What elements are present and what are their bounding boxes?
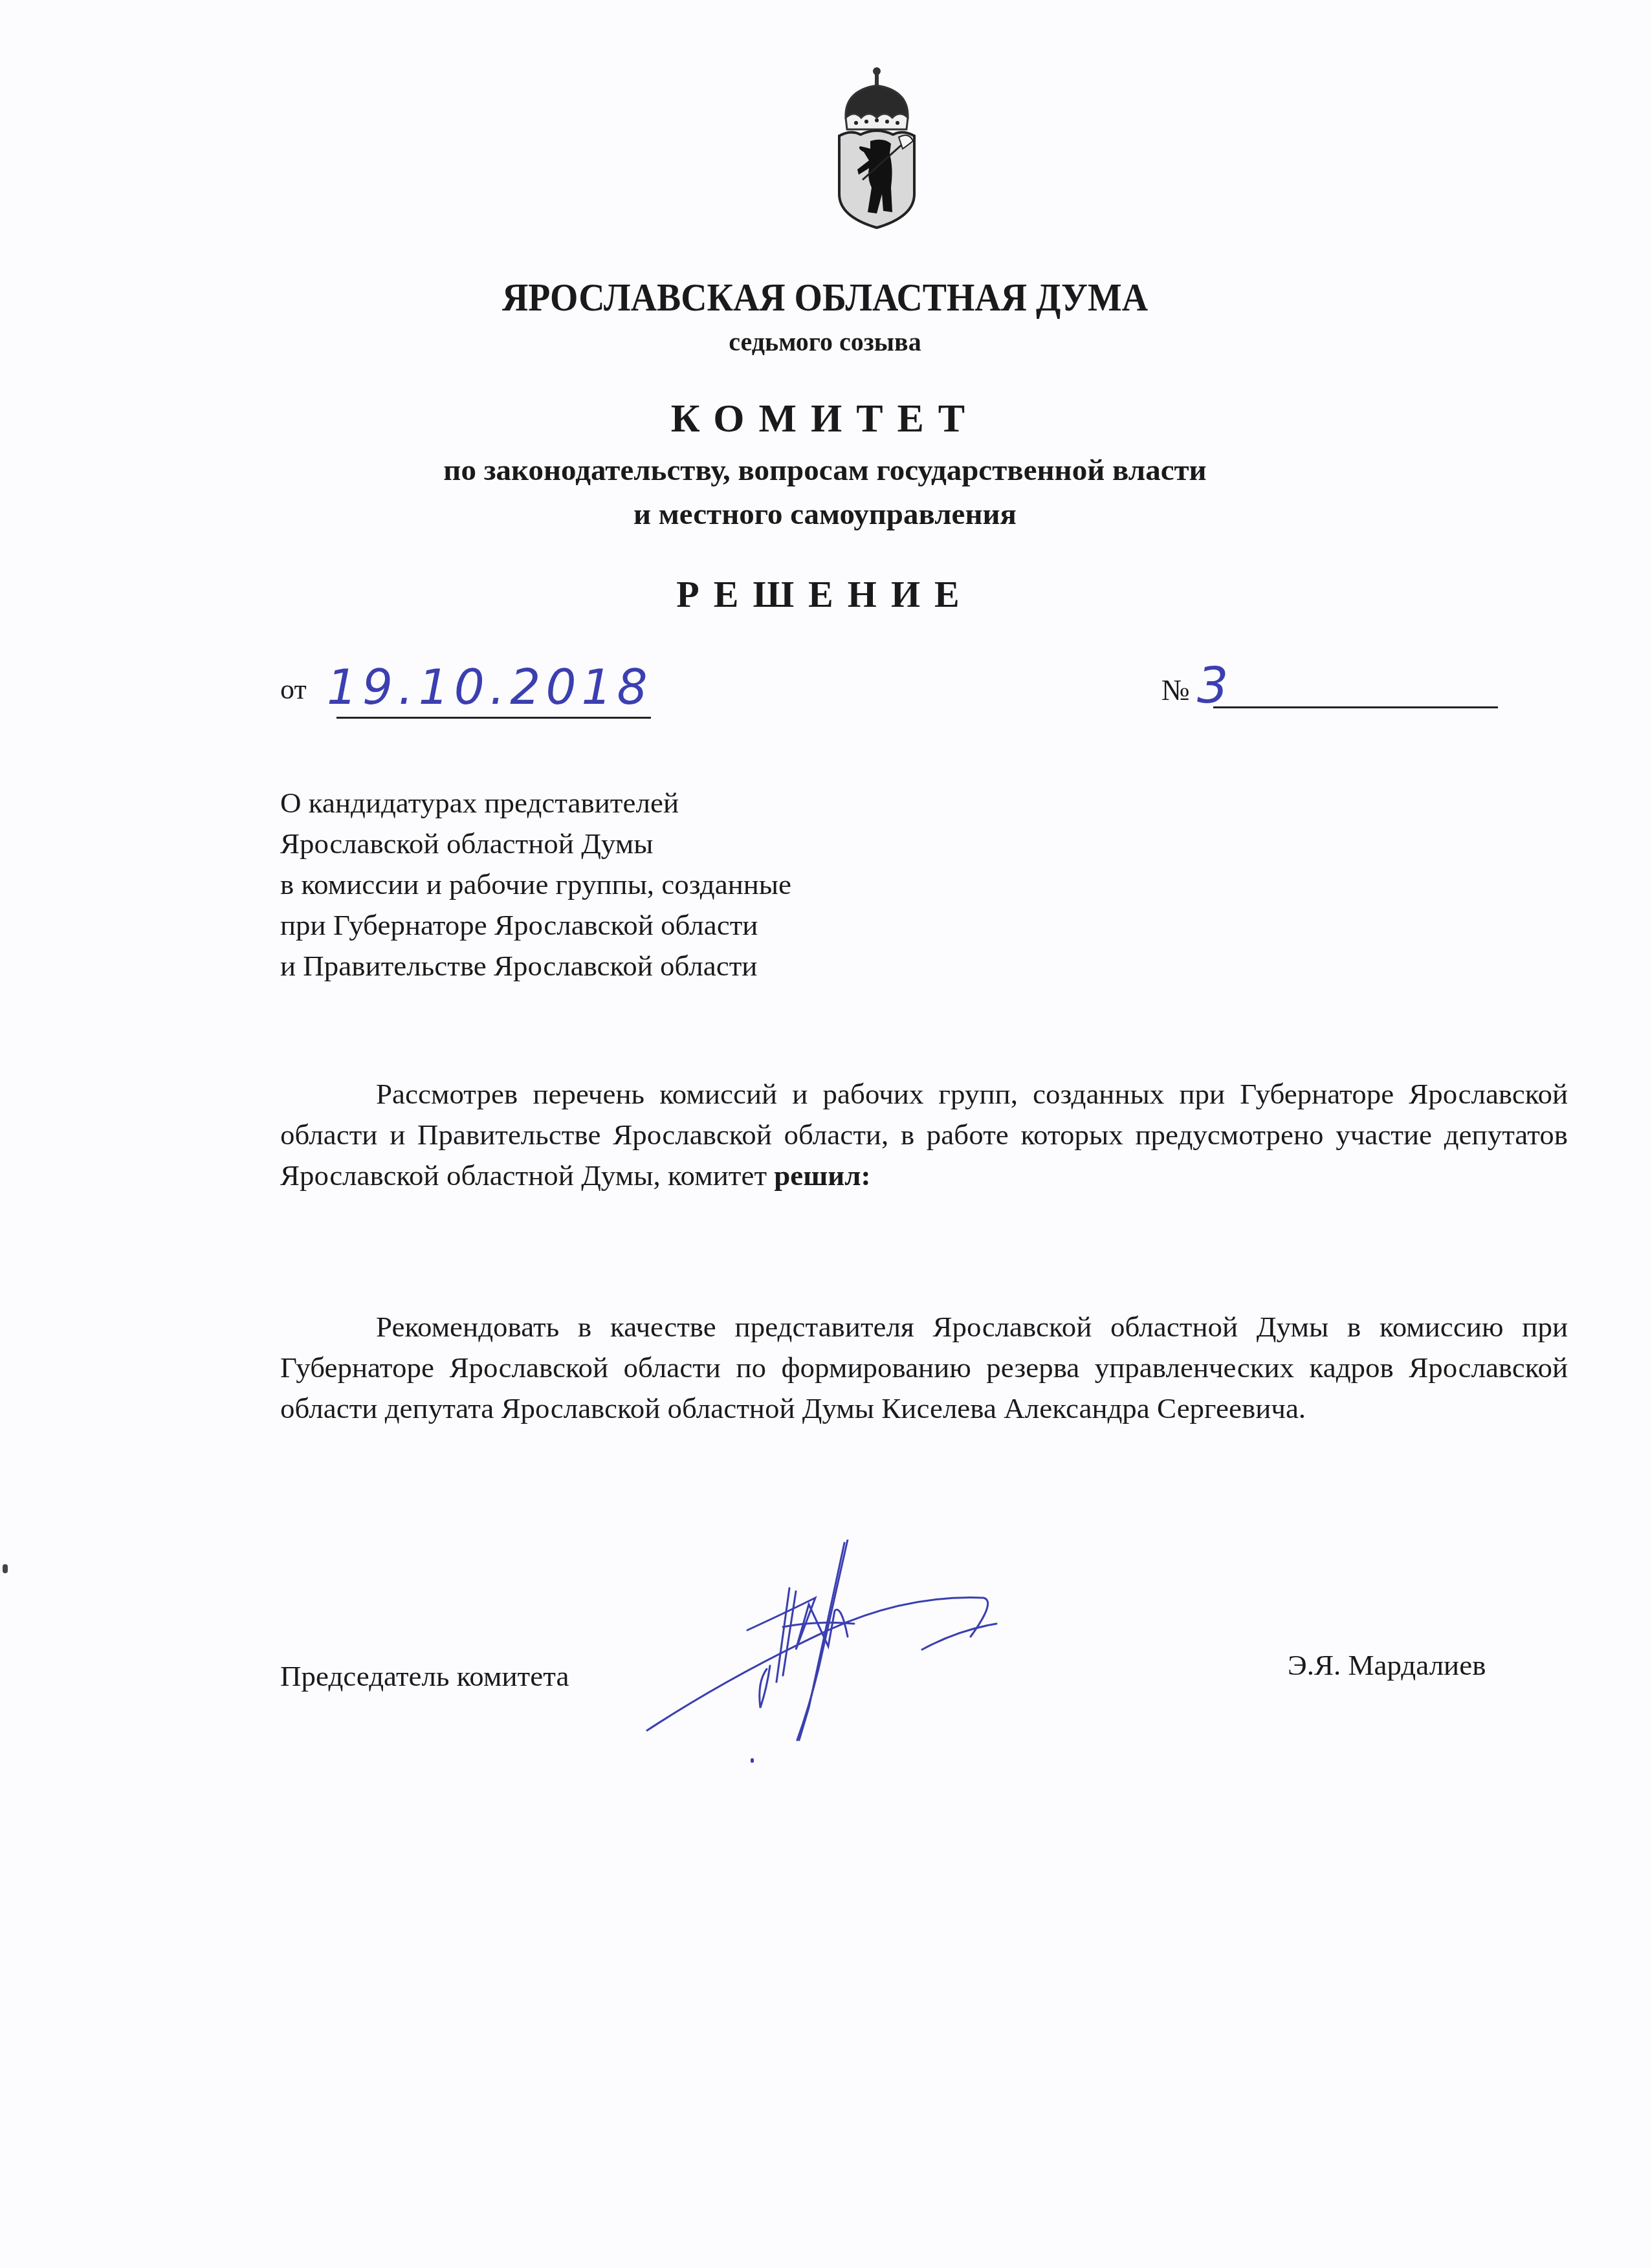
resolved-keyword: решил:	[774, 1159, 870, 1192]
document-type-title: РЕШЕНИЕ	[0, 572, 1650, 616]
signatory-role: Председатель комитета	[280, 1659, 569, 1693]
document-subject: О кандидатурах представителей Ярославско…	[280, 783, 791, 987]
body-paragraph-considering: Рассмотрев перечень комиссий и рабочих г…	[280, 1074, 1568, 1196]
convocation-label: седьмого созыва	[0, 327, 1650, 357]
body-paragraph-recommendation: Рекомендовать в качестве представителя Я…	[280, 1307, 1568, 1429]
committee-subtitle-line-1: по законодательству, вопросам государств…	[0, 453, 1650, 488]
paragraph-text: Рассмотрев перечень комиссий и рабочих г…	[280, 1078, 1568, 1192]
scan-artifact	[3, 1564, 8, 1573]
date-underline	[336, 717, 651, 719]
subject-line: при Губернаторе Ярославской области	[280, 905, 791, 946]
committee-title: КОМИТЕТ	[0, 396, 1650, 442]
committee-subtitle-line-2: и местного самоуправления	[0, 497, 1650, 532]
subject-line: и Правительстве Ярославской области	[280, 946, 791, 987]
number-label: №	[1161, 673, 1190, 707]
subject-line: Ярославской областной Думы	[280, 823, 791, 864]
date-label: от	[280, 673, 307, 706]
yaroslavl-coat-of-arms-icon	[831, 65, 922, 233]
handwritten-signature-icon	[634, 1540, 1152, 1798]
date-value: 19.10.2018	[327, 660, 653, 715]
organization-title: ЯРОСЛАВСКАЯ ОБЛАСТНАЯ ДУМА	[83, 275, 1568, 321]
document-page: ЯРОСЛАВСКАЯ ОБЛАСТНАЯ ДУМА седьмого созы…	[0, 0, 1650, 2268]
subject-line: О кандидатурах представителей	[280, 783, 791, 823]
number-value: 3	[1197, 657, 1228, 714]
ink-speck	[751, 1758, 754, 1763]
number-underline	[1213, 706, 1498, 708]
subject-line: в комиссии и рабочие группы, созданные	[280, 864, 791, 905]
signatory-name: Э.Я. Мардалиев	[1288, 1648, 1486, 1682]
